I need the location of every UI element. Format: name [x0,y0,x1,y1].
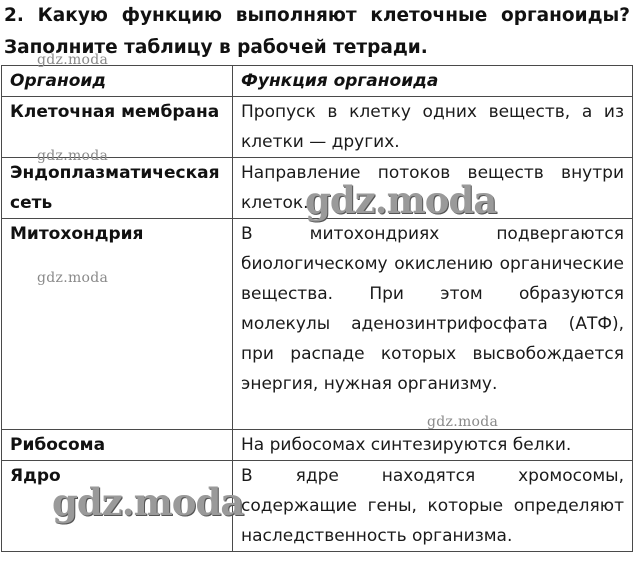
watermark: gdz.moda [37,270,108,286]
question-word: функцию [122,0,222,32]
header-function: Функция органоида [233,66,633,97]
table-header-row: Органоид Функция органоида [2,66,633,97]
question-word: выполняют [236,0,357,32]
watermark-large: gdz.moda [305,178,496,222]
table-row: Рибосома На рибосомах синтезируются белк… [2,430,633,461]
header-organoid: Органоид [2,66,233,97]
watermark-large: gdz.moda [52,480,243,524]
watermark: gdz.moda [37,148,108,164]
watermark: gdz.moda [427,414,498,430]
organoids-table: Органоид Функция органоида Клеточная мем… [1,65,633,552]
question-word: Какую [38,0,108,32]
question-line-1: 2. Какую функцию выполняют клеточные орг… [4,0,630,32]
organoid-name: Рибосома [2,430,233,461]
organoid-name: Митохондрия [2,219,233,430]
question-number: 2. [4,0,24,32]
organoid-function: Пропуск в клетку одних веществ, а из кле… [233,97,633,158]
organoid-function: В ядре находятся хромосомы, содержащие г… [233,461,633,552]
organoid-function: В митохондриях подвергаются биологическо… [233,219,633,430]
organoid-name: Эндоплазматическая сеть [2,158,233,219]
question-word: клеточные [370,0,487,32]
watermark: gdz.moda [37,52,108,68]
question-word: органоиды? [501,0,630,32]
table-row: Митохондрия В митохондриях подвергаются … [2,219,633,430]
organoid-function: На рибосомах синтезируются белки. [233,430,633,461]
